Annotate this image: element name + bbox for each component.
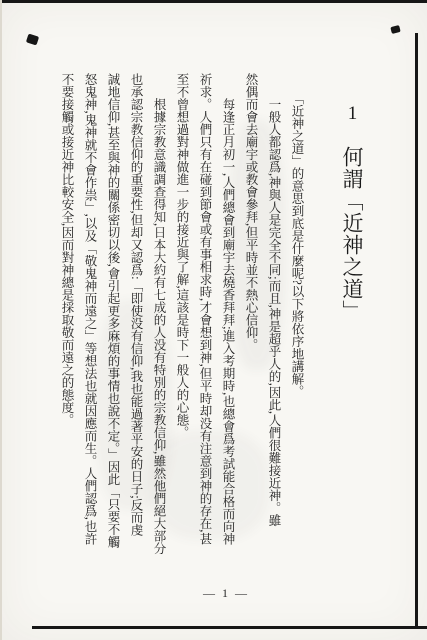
chapter-title: 1 何謂「近神之道」 [340,103,364,423]
scan-edge-line-right [415,33,418,627]
scanned-book-page: 1 何謂「近神之道」 「近神之道」的意思到底是什麼呢?以下將依序地講解。 一般人… [0,0,427,640]
text-column: 每逢正月初一,人們總會到廟宇去燒香拜拜;進入考期時,也總會爲考試能合格而向神 [216,73,239,583]
text-column: 然偶而會去廟宇或教會參拜,但平時並不熱心信仰。 [239,73,262,583]
text-column: 一般人都認爲,神與人是完全不同;而且,神是超乎人的,因此,人們很難接近神。雖 [262,73,285,583]
text-column: 「近神之道」的意思到底是什麼呢?以下將依序地講解。 [285,73,308,583]
body-text: 「近神之道」的意思到底是什麼呢?以下將依序地講解。 一般人都認爲,神與人是完全不… [55,73,308,595]
text-column: 也承認宗教信仰的重要性,但却又認爲:「即使没有信仰,我也能過著平安的日子;反而虔 [124,73,147,583]
text-column: 至不曾想過對神做進一步的接近與了解,這該是時下一般人的心態。 [170,73,193,583]
chapter-number: 1 [341,103,364,125]
text-column: 不要接觸或接近神比較安全,因而對神總是採取敬而遠之的態度。 [55,73,78,583]
scan-edge-line-top [0,0,427,3]
text-column: 怒鬼神,鬼神就不會作祟」,以及「敬鬼神而遠之」等想法也就因應而生。人們認爲,也許 [78,73,101,583]
text-column: 祈求。人們只有在碰到節會或有事相求時,才會想到神,但平時却没有注意到神的存在,甚 [193,73,216,583]
text-column: 根據宗教意識調查得知,日本大約有七成的人没有特別的宗教信仰,雖然他們絕大部分 [147,73,170,583]
scan-mark-top-left [26,34,39,46]
scan-edge-shadow-left [0,0,2,640]
page-number: — 1 — [188,586,264,601]
scan-edge-line-bottom [32,626,427,629]
scan-mark-top-right [390,25,400,34]
chapter-title-text: 何謂「近神之道」 [340,146,364,322]
text-column: 誠地信仰,甚至與神的關係密切以後,會引起更多麻煩的事情也說不定。」因此「只要不觸 [101,73,124,583]
